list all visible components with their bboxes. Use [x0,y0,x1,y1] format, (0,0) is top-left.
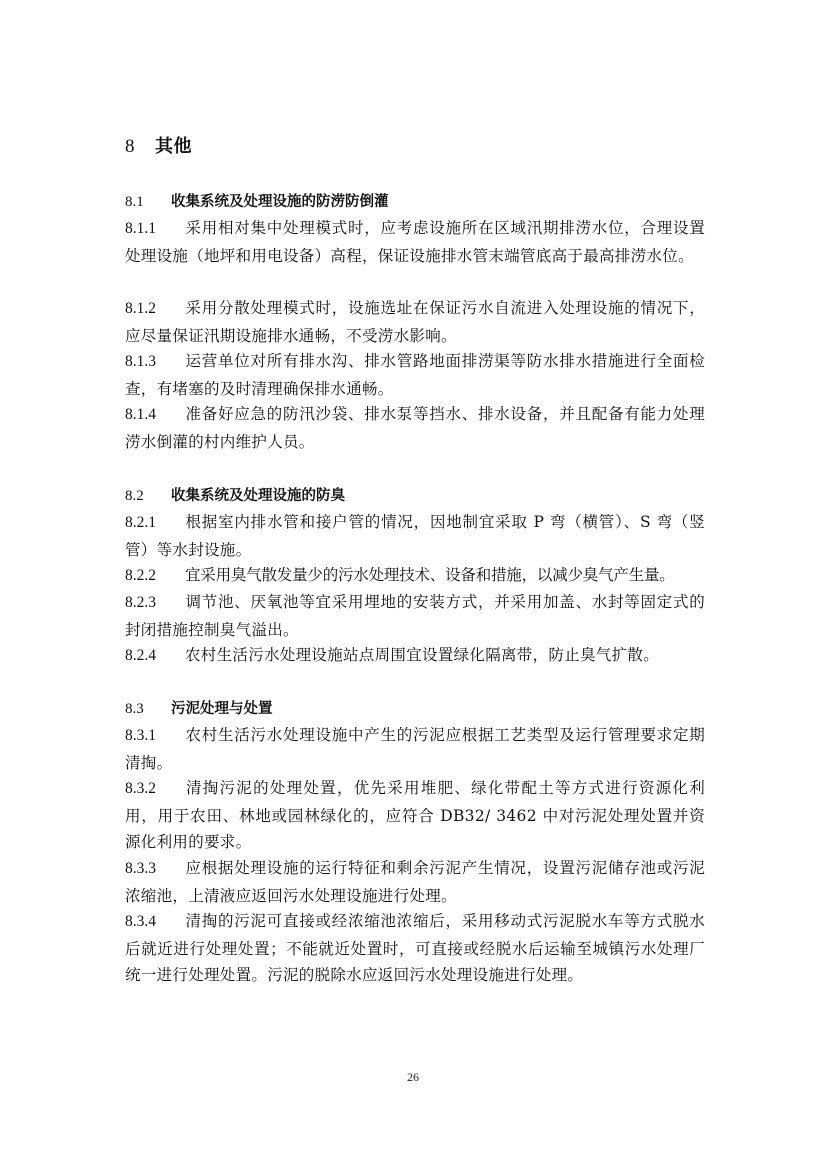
clause-number: 8.2.3 [125,590,185,617]
section-heading-8-1: 8.1收集系统及处理设施的防涝防倒灌 [125,190,389,211]
chapter-title-text: 其他 [155,136,192,157]
section-number: 8.3 [125,701,171,718]
clause-text: 采用相对集中处理模式时，应考虑设施所在区域汛期排涝水位，合理设置处理设施（地坪和… [125,219,705,265]
clause-number: 8.2.1 [125,510,185,537]
clause-text: 宜采用臭气散发量少的污水处理技术、设备和措施，以减少臭气产生量。 [185,566,675,584]
clause-8-3-4: 8.3.4清掏的污泥可直接或经浓缩池浓缩后，采用移动式污泥脱水车等方式脱水后就近… [125,908,705,989]
clause-text: 运营单位对所有排水沟、排水管路地面排涝渠等防水排水措施进行全面检查，有堵塞的及时… [125,352,705,398]
clause-number: 8.3.1 [125,723,185,750]
clause-number: 8.2.4 [125,643,185,670]
clause-text: 农村生活污水处理设施站点周围宜设置绿化隔离带，防止臭气扩散。 [185,646,659,664]
clause-8-1-4: 8.1.4准备好应急的防汛沙袋、排水泵等挡水、排水设备，并且配备有能力处理涝水倒… [125,401,705,455]
clause-text: 清掏的污泥可直接或经浓缩池浓缩后，采用移动式污泥脱水车等方式脱水后就近进行处理处… [125,912,705,984]
clause-8-2-3: 8.2.3调节池、厌氧池等宜采用埋地的安装方式，并采用加盖、水封等固定式的封闭措… [125,589,705,643]
clause-8-3-3: 8.3.3应根据处理设施的运行特征和剩余污泥产生情况，设置污泥储存池或污泥浓缩池… [125,855,705,909]
clause-number: 8.3.2 [125,776,185,803]
chapter-number: 8 [125,136,155,158]
clause-text: 应根据处理设施的运行特征和剩余污泥产生情况，设置污泥储存池或污泥浓缩池，上清液应… [125,859,705,905]
clause-text: 采用分散处理模式时，设施选址在保证污水自流进入处理设施的情况下，应尽量保证汛期设… [125,299,705,345]
clause-number: 8.1.2 [125,296,185,323]
clause-text: 根据室内排水管和接户管的情况，因地制宜采取 P 弯（横管）、S 弯（竖管）等水封… [125,513,705,559]
clause-text: 准备好应急的防汛沙袋、排水泵等挡水、排水设备，并且配备有能力处理涝水倒灌的村内维… [125,405,705,451]
section-number: 8.1 [125,194,171,211]
section-number: 8.2 [125,488,171,505]
clause-text: 农村生活污水处理设施中产生的污泥应根据工艺类型及运行管理要求定期清掏。 [125,726,705,772]
clause-number: 8.1.3 [125,349,185,376]
clause-8-2-1: 8.2.1根据室内排水管和接户管的情况，因地制宜采取 P 弯（横管）、S 弯（竖… [125,509,705,563]
clause-8-3-2: 8.3.2清掏污泥的处理处置，优先采用堆肥、绿化带配土等方式进行资源化利用，用于… [125,775,705,856]
clause-8-1-2: 8.1.2采用分散处理模式时，设施选址在保证污水自流进入处理设施的情况下，应尽量… [125,295,705,349]
section-title-text: 收集系统及处理设施的防臭 [171,488,345,504]
section-heading-8-2: 8.2收集系统及处理设施的防臭 [125,484,345,505]
clause-text: 调节池、厌氧池等宜采用埋地的安装方式，并采用加盖、水封等固定式的封闭措施控制臭气… [125,593,705,639]
clause-number: 8.3.3 [125,856,185,883]
clause-8-1-1: 8.1.1采用相对集中处理模式时，应考虑设施所在区域汛期排涝水位，合理设置处理设… [125,215,705,269]
chapter-heading: 8其他 [125,132,192,158]
page-number: 26 [400,1070,426,1085]
clause-8-2-4: 8.2.4农村生活污水处理设施站点周围宜设置绿化隔离带，防止臭气扩散。 [125,642,705,670]
section-title-text: 污泥处理与处置 [171,701,273,717]
clause-8-2-2: 8.2.2宜采用臭气散发量少的污水处理技术、设备和措施，以减少臭气产生量。 [125,562,705,590]
clause-number: 8.2.2 [125,563,185,590]
clause-number: 8.1.1 [125,216,185,243]
section-title-text: 收集系统及处理设施的防涝防倒灌 [171,194,389,210]
clause-8-1-3: 8.1.3运营单位对所有排水沟、排水管路地面排涝渠等防水排水措施进行全面检查，有… [125,348,705,402]
clause-number: 8.3.4 [125,909,185,936]
clause-text: 清掏污泥的处理处置，优先采用堆肥、绿化带配土等方式进行资源化利用，用于农田、林地… [125,779,705,851]
clause-number: 8.1.4 [125,402,185,429]
section-heading-8-3: 8.3污泥处理与处置 [125,697,273,718]
clause-8-3-1: 8.3.1农村生活污水处理设施中产生的污泥应根据工艺类型及运行管理要求定期清掏。 [125,722,705,776]
